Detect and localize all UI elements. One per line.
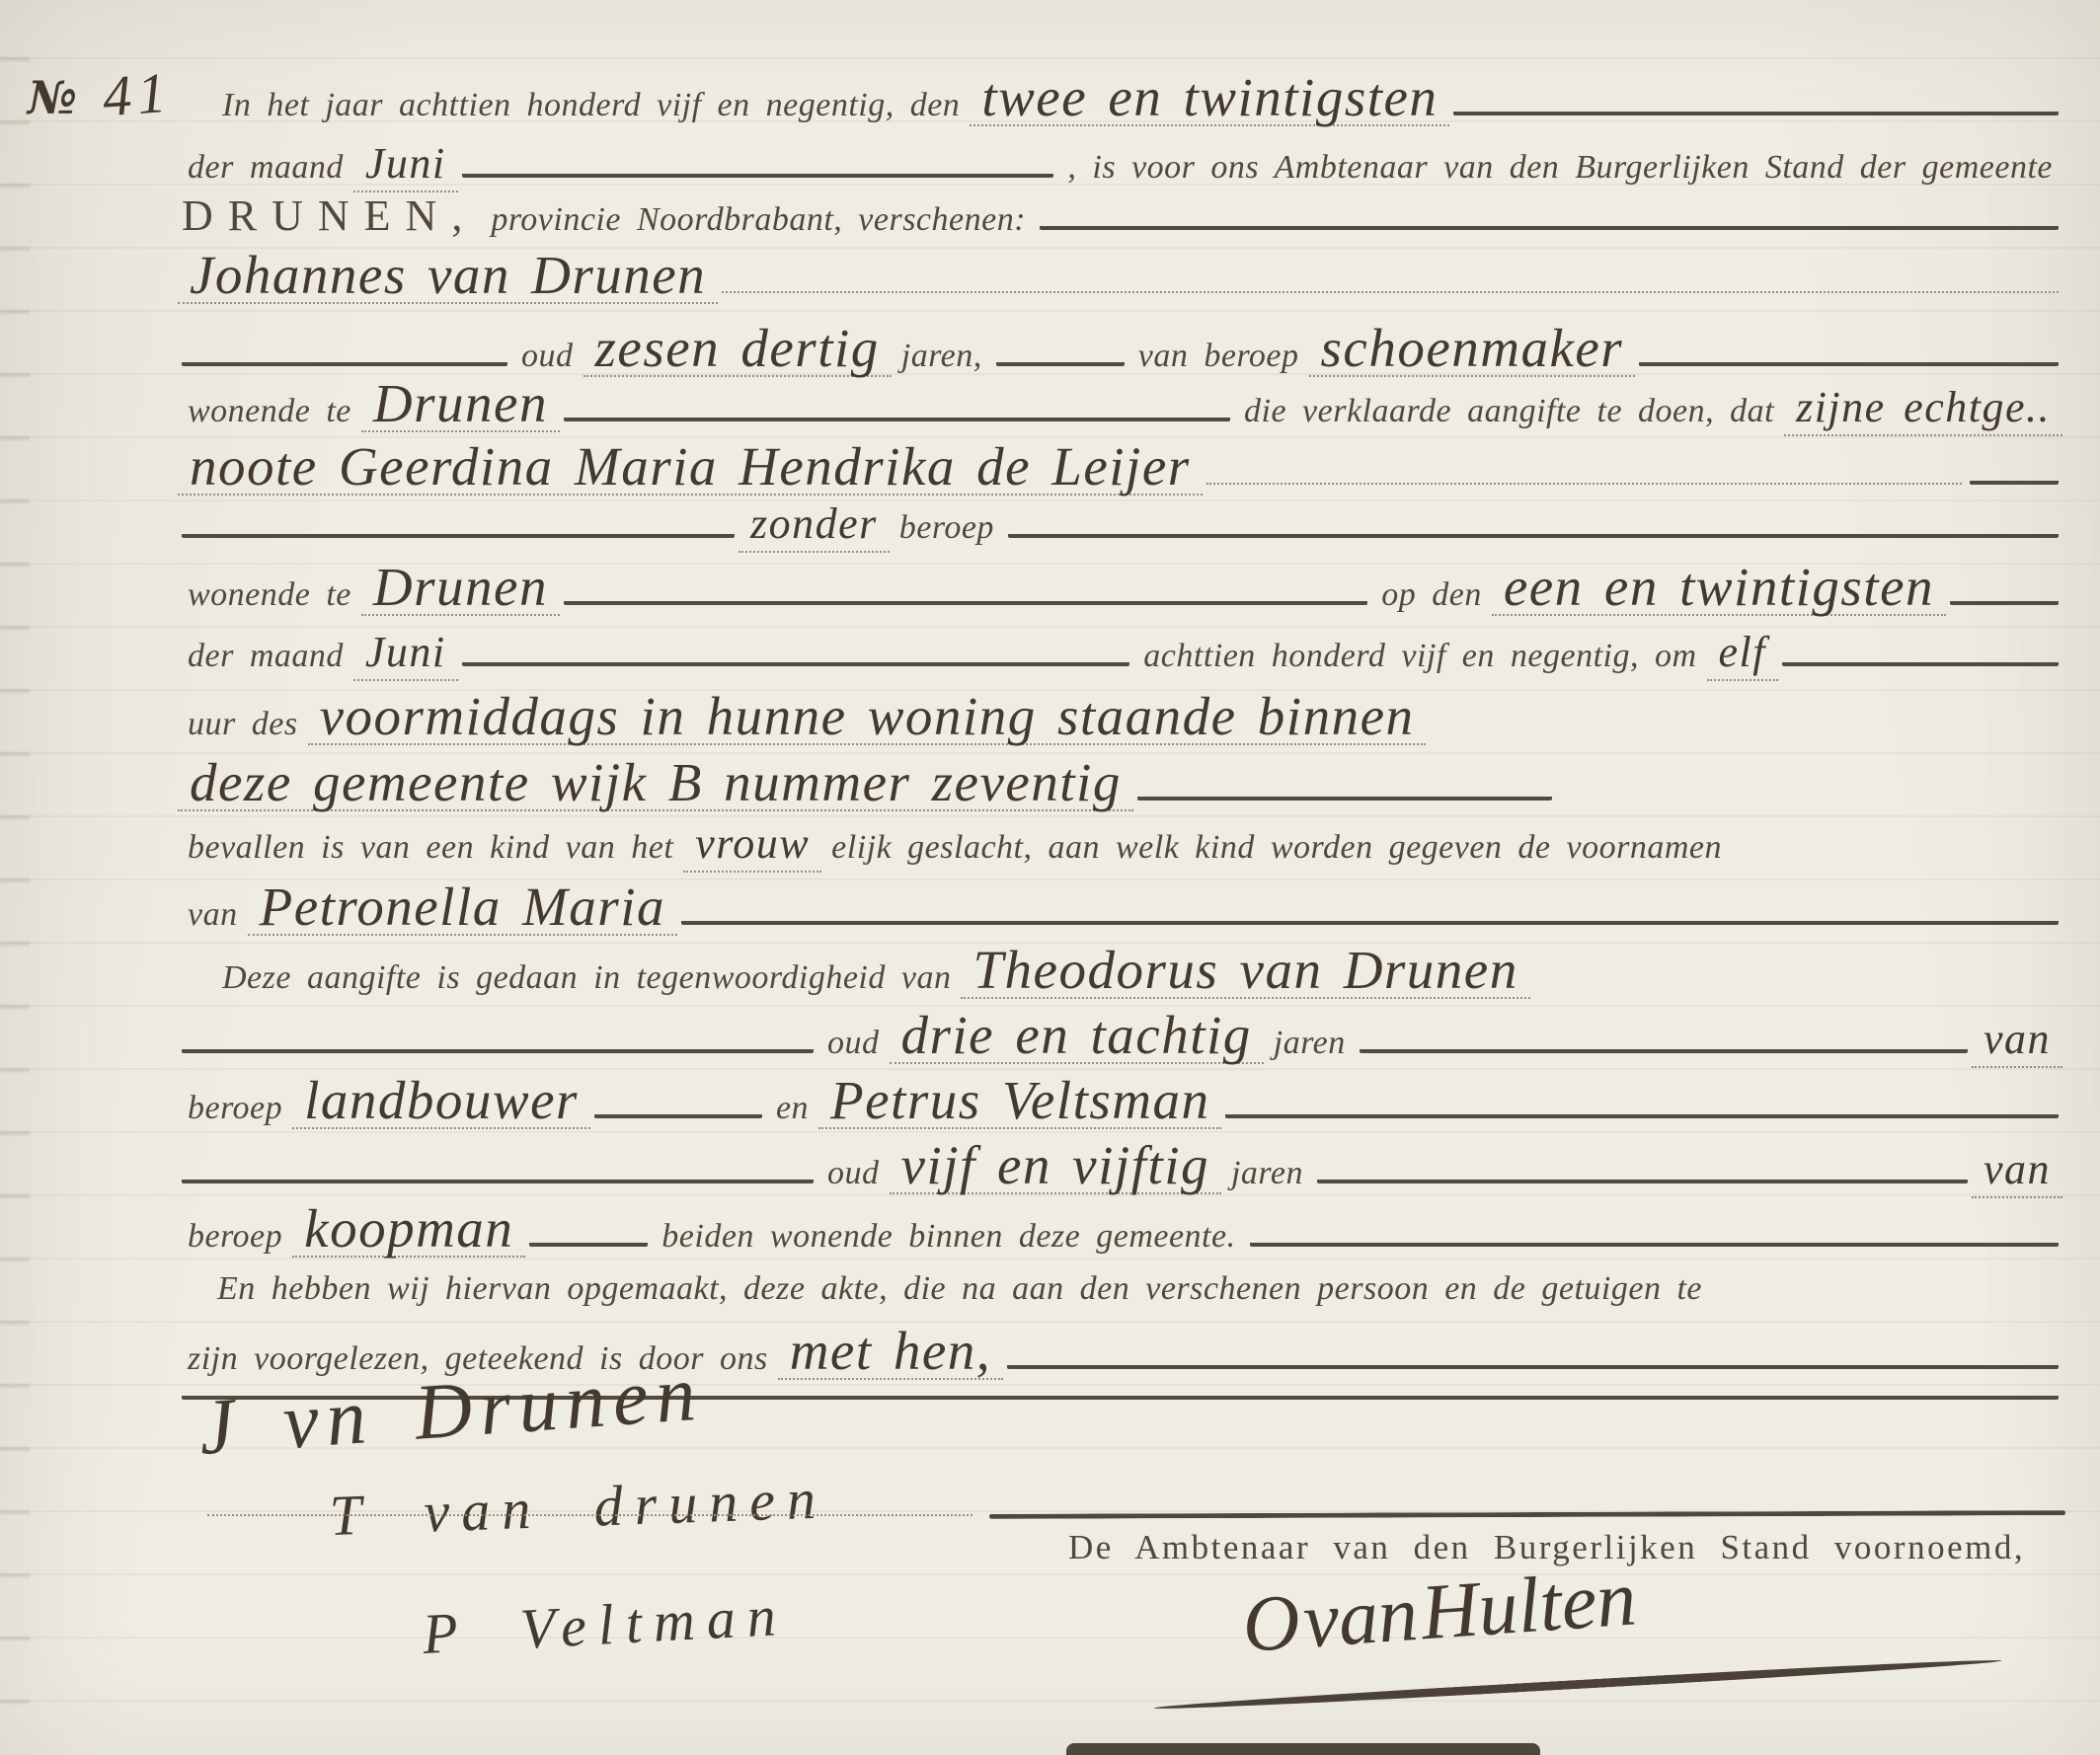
form-line: wonende teDrunendie verklaarde aangifte … — [178, 377, 2062, 436]
witness1-signature: T van drunen — [329, 1465, 828, 1549]
handwritten-text: Theodorus van Drunen — [961, 944, 1529, 999]
bleed-through-artifact — [0, 57, 30, 1755]
handwritten-text: Johannes van Drunen — [178, 249, 718, 304]
printed-text: bevallen is van een kind van het — [178, 821, 683, 875]
printed-text: jaren, — [892, 330, 992, 383]
handwritten-text: vrouw — [683, 817, 821, 873]
handwritten-text: koopman — [292, 1202, 525, 1258]
pen-filler-line — [1453, 106, 2059, 115]
pen-filler-line — [1639, 356, 2059, 366]
pen-filler-line — [564, 595, 1367, 605]
pen-filler-line — [996, 356, 1125, 366]
pen-filler-line — [564, 412, 1230, 421]
printed-text: oud — [817, 1017, 890, 1070]
printed-text: der maand — [178, 141, 353, 194]
pen-filler-line — [182, 1043, 814, 1053]
form-line: ouddrie en tachtigjarenvan — [178, 1009, 2062, 1068]
handwritten-text: noote Geerdina Maria Hendrika de Leijer — [178, 440, 1203, 496]
handwritten-text: Juni — [353, 626, 458, 681]
handwritten-text: van — [1972, 1143, 2062, 1198]
handwritten-text: Petronella Maria — [248, 880, 677, 936]
printed-text: wonende te — [178, 385, 361, 438]
pen-filler-line — [529, 1237, 648, 1247]
form-line: deze gemeente wijk B nummer zeventig — [178, 756, 2062, 815]
record-number: № 41 — [28, 61, 172, 127]
official-signature: O van Hulten — [1240, 1554, 1639, 1671]
handwritten-text: Petrus Veltsman — [818, 1074, 1221, 1129]
pen-filler-line — [1250, 1237, 2059, 1247]
handwritten-text: landbouwer — [292, 1074, 590, 1129]
printed-text: op den — [1371, 569, 1492, 622]
printed-text: beiden wonende binnen deze gemeente. — [652, 1210, 1245, 1263]
pen-filler-line — [182, 528, 735, 538]
printed-text: jaren — [1264, 1017, 1356, 1070]
pen-filler-line — [1782, 656, 2059, 666]
form-line: oudzesen dertigjaren,van beroepschoenmak… — [178, 322, 2062, 381]
form-line: vanPetronella Maria — [178, 880, 2062, 940]
handwritten-text: voormiddags in hunne woning staande binn… — [308, 690, 1427, 745]
pen-filler-line — [1007, 1359, 2059, 1369]
record-number-label: № — [28, 71, 77, 124]
handwritten-text: twee en twintigsten — [970, 71, 1449, 126]
dotted-guide-line — [722, 286, 2059, 293]
pen-filler-line — [462, 168, 1054, 178]
birth-certificate-document: № 41 In het jaar achttien honderd vijf e… — [0, 0, 2100, 1755]
dotted-guide-line — [207, 1514, 972, 1516]
handwritten-text: vijf en vijftig — [890, 1139, 1221, 1194]
handwritten-text: deze gemeente wijk B nummer zeventig — [178, 756, 1133, 811]
printed-text: jaren — [1221, 1147, 1313, 1200]
handwritten-text: met hen, — [778, 1325, 1003, 1380]
printed-text: DRUNEN, — [178, 190, 481, 243]
pen-filler-line — [1225, 1108, 2059, 1118]
handwritten-text: Juni — [353, 137, 458, 192]
handwritten-text: Drunen — [361, 377, 560, 432]
pen-filler-line — [594, 1108, 762, 1118]
printed-text: van beroep — [1128, 330, 1309, 383]
handwritten-text: schoenmaker — [1309, 322, 1636, 377]
printed-text: van — [178, 888, 248, 942]
handwritten-text: van — [1972, 1013, 2062, 1068]
form-line: Deze aangifte is gedaan in tegenwoordigh… — [178, 944, 2062, 1003]
printed-text: achttien honderd vijf en negentig, om — [1133, 630, 1706, 683]
handwritten-text: drie en tachtig — [890, 1009, 1264, 1064]
pen-filler-line — [1008, 528, 2059, 538]
form-line: wonende teDrunenop deneen en twintigsten — [178, 561, 2062, 620]
printed-text: uur des — [178, 698, 308, 751]
pen-filler-line — [182, 1174, 814, 1183]
form-line: zonderberoep — [178, 497, 2062, 557]
pen-filler-line — [462, 656, 1130, 666]
handwritten-text: zesen dertig — [583, 322, 892, 377]
pen-filler-line — [1137, 791, 1552, 801]
handwritten-text: zijne echtge.. — [1784, 381, 2062, 436]
printed-text: beroep — [890, 501, 1004, 555]
form-line: En hebben wij hiervan opgemaakt, deze ak… — [178, 1262, 2062, 1322]
form-line: der maandJuni, is voor ons Ambtenaar van… — [178, 137, 2062, 196]
pen-filler-line — [681, 915, 2059, 925]
form-line: uur desvoormiddags in hunne woning staan… — [178, 690, 2062, 749]
pen-filler-line — [1317, 1174, 1968, 1183]
form-line: DRUNEN,provincie Noordbrabant, verschene… — [178, 190, 2062, 249]
printed-text: beroep — [178, 1210, 292, 1263]
handwritten-text: elf — [1707, 626, 1778, 681]
handwritten-text: Drunen — [361, 561, 560, 616]
form-line: Johannes van Drunen — [178, 249, 2062, 308]
pen-filler-line — [1950, 595, 2059, 605]
form-line: bevallen is van een kind van hetvrouweli… — [178, 817, 2062, 877]
printed-text: beroep — [178, 1082, 292, 1135]
pen-filler-line — [989, 1510, 2065, 1519]
handwritten-text: een en twintigsten — [1492, 561, 1946, 616]
printed-text: Deze aangifte is gedaan in tegenwoordigh… — [212, 952, 961, 1005]
witness2-signature: P Veltman — [421, 1582, 789, 1667]
printed-text: oud — [817, 1147, 890, 1200]
printed-text: die verklaarde aangifte te doen, dat — [1234, 385, 1784, 438]
printed-text: In het jaar achttien honderd vijf en neg… — [212, 79, 970, 132]
pen-filler-line — [182, 356, 507, 366]
handwritten-text: zonder — [739, 497, 890, 553]
form-line: oudvijf en vijftigjarenvan — [178, 1139, 2062, 1198]
printed-text: elijk geslacht, aan welk kind worden geg… — [821, 821, 1732, 875]
form-line: der maandJuniachttien honderd vijf en ne… — [178, 626, 2062, 685]
page-edge-artifact — [1066, 1743, 1540, 1755]
printed-text: provincie Noordbrabant, verschenen: — [481, 193, 1036, 247]
form-line: beroeplandbouwerenPetrus Veltsman — [178, 1074, 2062, 1133]
printed-text: En hebben wij hiervan opgemaakt, deze ak… — [207, 1262, 1712, 1316]
printed-text: wonende te — [178, 569, 361, 622]
record-number-value: 41 — [101, 59, 175, 130]
dotted-guide-line — [1206, 478, 1962, 485]
pen-filler-line — [1970, 475, 2059, 485]
pen-filler-line — [1360, 1043, 1968, 1053]
pen-filler-line — [1040, 220, 2059, 230]
form-line: noote Geerdina Maria Hendrika de Leijer — [178, 440, 2062, 499]
printed-text: en — [766, 1082, 818, 1135]
form-line: beroepkoopmanbeiden wonende binnen deze … — [178, 1202, 2062, 1261]
printed-text: , is voor ons Ambtenaar van den Burgerli… — [1057, 141, 2062, 194]
printed-text: der maand — [178, 630, 353, 683]
form-line: In het jaar achttien honderd vijf en neg… — [178, 71, 2062, 130]
